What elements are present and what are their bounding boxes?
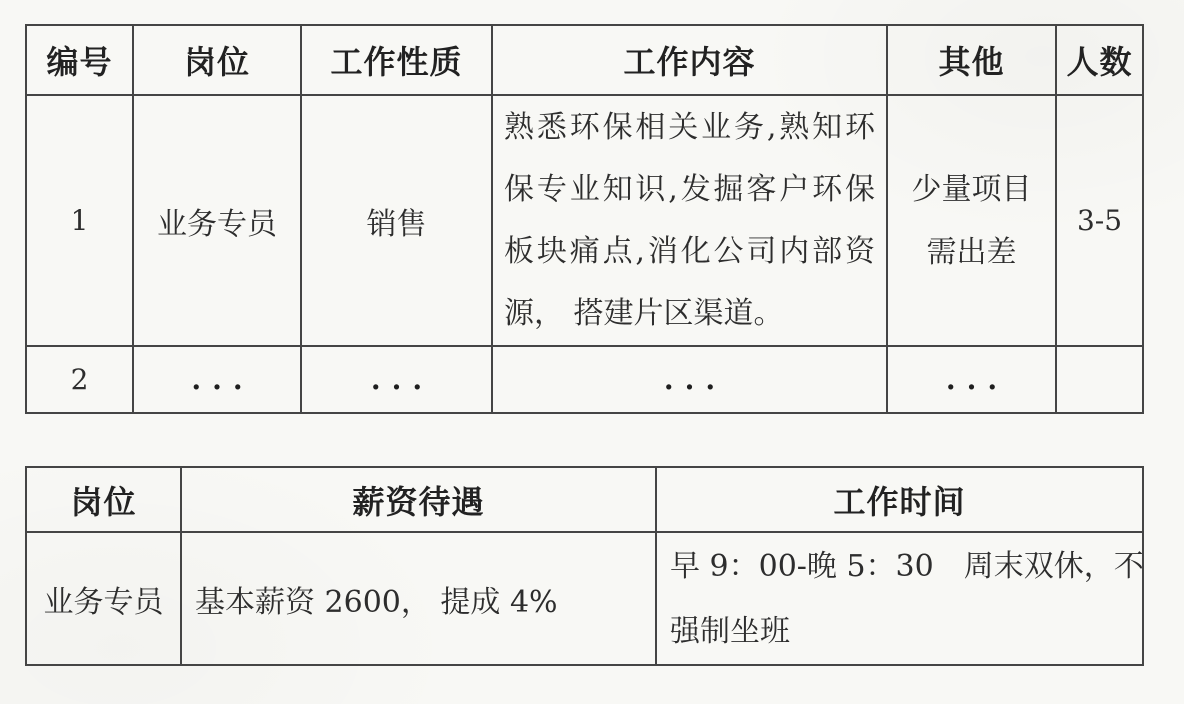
cell-row1-position: 业务专员 — [133, 95, 301, 346]
table-row: 1 业务专员 销售 熟悉环保相关业务,熟知环 保专业知识,发掘客户环保 板块痛点… — [26, 95, 1143, 346]
cell-row1-headcount: 3-5 — [1056, 95, 1143, 346]
cell-row1-work-content: 熟悉环保相关业务,熟知环 保专业知识,发掘客户环保 板块痛点,消化公司内部资 源… — [492, 95, 887, 346]
header-headcount: 人数 — [1056, 25, 1143, 95]
header-work-content: 工作内容 — [492, 25, 887, 95]
salary-table-header-row: 岗位 薪资待遇 工作时间 — [26, 467, 1143, 532]
cell-salary-amount: 基本薪资 2600， 提成 4% — [181, 532, 656, 665]
cell-row2-work-content: ... — [492, 346, 887, 413]
cell-row2-other: ... — [887, 346, 1056, 413]
work-content-line: 保专业知识,发掘客户环保 — [504, 159, 875, 221]
cell-salary-position: 业务专员 — [26, 532, 181, 665]
table-row: 2 ... ... ... ... — [26, 346, 1143, 413]
cell-row1-number: 1 — [26, 95, 133, 346]
header-salary: 薪资待遇 — [181, 467, 656, 532]
cell-row2-work-nature: ... — [301, 346, 492, 413]
work-hours-line: 早 9：00-晚 5：30 周末双休，不 — [670, 534, 1129, 599]
cell-row1-work-nature: 销售 — [301, 95, 492, 346]
work-hours-line: 强制坐班 — [670, 599, 1129, 664]
header-number: 编号 — [26, 25, 133, 95]
other-line: 少量项目 — [888, 158, 1055, 221]
header-other: 其他 — [887, 25, 1056, 95]
cell-row2-position: ... — [133, 346, 301, 413]
cell-work-hours: 早 9：00-晚 5：30 周末双休，不 强制坐班 — [656, 532, 1143, 665]
salary-table: 岗位 薪资待遇 工作时间 业务专员 基本薪资 2600， 提成 4% 早 9：0… — [25, 466, 1144, 666]
header-position: 岗位 — [133, 25, 301, 95]
cell-row2-headcount — [1056, 346, 1143, 413]
cell-row2-number: 2 — [26, 346, 133, 413]
header-position: 岗位 — [26, 467, 181, 532]
positions-table-header-row: 编号 岗位 工作性质 工作内容 其他 人数 — [26, 25, 1143, 95]
positions-table: 编号 岗位 工作性质 工作内容 其他 人数 1 业务专员 销售 熟悉环保相关业务… — [25, 24, 1144, 414]
work-content-line: 板块痛点,消化公司内部资 — [504, 221, 875, 283]
header-work-hours: 工作时间 — [656, 467, 1143, 532]
work-content-line: 源， 搭建片区渠道。 — [504, 283, 875, 345]
other-line: 需出差 — [888, 221, 1055, 284]
header-work-nature: 工作性质 — [301, 25, 492, 95]
work-content-line: 熟悉环保相关业务,熟知环 — [504, 97, 875, 159]
table-row: 业务专员 基本薪资 2600， 提成 4% 早 9：00-晚 5：30 周末双休… — [26, 532, 1143, 665]
cell-row1-other: 少量项目 需出差 — [887, 95, 1056, 346]
